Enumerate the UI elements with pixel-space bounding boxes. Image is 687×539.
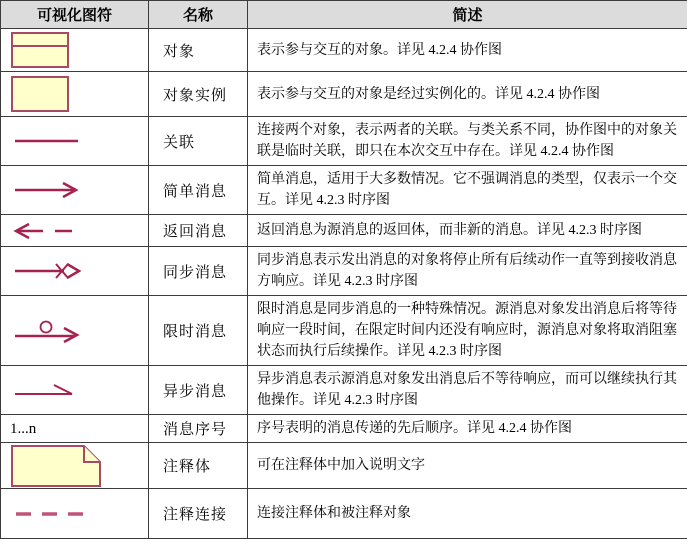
table-row-object: 对象 表示参与交互的对象。详见 4.2.4 协作图	[1, 29, 687, 72]
sync-message-arrow-icon	[10, 259, 100, 283]
symbol-description: 表示参与交互的对象。详见 4.2.4 协作图	[248, 29, 687, 72]
header-row: 可视化图符 名称 简述	[1, 1, 687, 29]
object-instance-rectangle-icon	[10, 75, 100, 113]
table-row-simple-message: 简单消息 简单消息，适用于大多数情况。它不强调消息的类型，仅表示一个交互。详见 …	[1, 166, 687, 215]
table-row-timed-message: 限时消息 限时消息是同步消息的一种特殊情况。源消息对象发出消息后将等待响应一段时…	[1, 296, 687, 366]
header-symbol-column: 可视化图符	[1, 1, 149, 29]
symbol-name: 注释体	[149, 443, 248, 489]
table-row-sync-message: 同步消息 同步消息表示发出消息的对象将停止所有后续动作一直等到接收消息方响应。详…	[1, 247, 687, 296]
table-row-async-message: 异步消息 异步消息表示源消息对象发出消息后不等待响应，而可以继续执行其他操作。详…	[1, 366, 687, 415]
symbol-name: 异步消息	[149, 366, 248, 415]
object-rectangle-icon	[10, 31, 100, 69]
sequence-number-text: 1...n	[10, 421, 36, 437]
symbol-description: 异步消息表示源消息对象发出消息后不等待响应，而可以继续执行其他操作。详见 4.2…	[248, 366, 687, 415]
table-row-message-sequence-number: 1...n 消息序号 序号表明的消息传递的先后顺序。详见 4.2.4 协作图	[1, 415, 687, 443]
symbol-description: 限时消息是同步消息的一种特殊情况。源消息对象发出消息后将等待响应一段时间，在限定…	[248, 296, 687, 366]
note-body-icon	[10, 444, 120, 488]
uml-symbol-reference-table: 可视化图符 名称 简述 对象 表示参与交互的对象。详见 4.2.4 协作图 对象…	[0, 0, 687, 539]
symbol-name: 对象	[149, 29, 248, 72]
symbol-description: 简单消息，适用于大多数情况。它不强调消息的类型，仅表示一个交互。详见 4.2.3…	[248, 166, 687, 215]
table-row-object-instance: 对象实例 表示参与交互的对象是经过实例化的。详见 4.2.4 协作图	[1, 72, 687, 117]
simple-message-arrow-icon	[10, 179, 100, 201]
header-description-column: 简述	[248, 1, 687, 29]
symbol-name: 同步消息	[149, 247, 248, 296]
return-message-arrow-icon	[10, 220, 100, 242]
table-row-note-connector: 注释连接 连接注释体和被注释对象	[1, 489, 687, 539]
table-row-association: 关联 连接两个对象，表示两者的关联。与类关系不同，协作图中的对象关联是临时关联，…	[1, 117, 687, 166]
symbol-description: 连接注释体和被注释对象	[248, 489, 687, 539]
symbol-name: 对象实例	[149, 72, 248, 117]
async-message-arrow-icon	[10, 380, 100, 400]
table-row-return-message: 返回消息 返回消息为源消息的返回体，而非新的消息。详见 4.2.3 时序图	[1, 215, 687, 247]
symbol-name: 简单消息	[149, 166, 248, 215]
symbol-description: 表示参与交互的对象是经过实例化的。详见 4.2.4 协作图	[248, 72, 687, 117]
symbol-name: 返回消息	[149, 215, 248, 247]
association-line-icon	[10, 135, 100, 147]
symbol-name: 关联	[149, 117, 248, 166]
table-row-note-body: 注释体 可在注释体中加入说明文字	[1, 443, 687, 489]
symbol-name: 消息序号	[149, 415, 248, 443]
symbol-name: 注释连接	[149, 489, 248, 539]
symbol-description: 同步消息表示发出消息的对象将停止所有后续动作一直等到接收消息方响应。详见 4.2…	[248, 247, 687, 296]
header-name-column: 名称	[149, 1, 248, 29]
symbol-description: 连接两个对象，表示两者的关联。与类关系不同，协作图中的对象关联是临时关联，即只在…	[248, 117, 687, 166]
symbol-name: 限时消息	[149, 296, 248, 366]
note-connector-dashed-line-icon	[10, 508, 100, 520]
timed-message-arrow-icon	[10, 316, 105, 346]
symbol-description: 序号表明的消息传递的先后顺序。详见 4.2.4 协作图	[248, 415, 687, 443]
symbol-description: 返回消息为源消息的返回体，而非新的消息。详见 4.2.3 时序图	[248, 215, 687, 247]
symbol-description: 可在注释体中加入说明文字	[248, 443, 687, 489]
